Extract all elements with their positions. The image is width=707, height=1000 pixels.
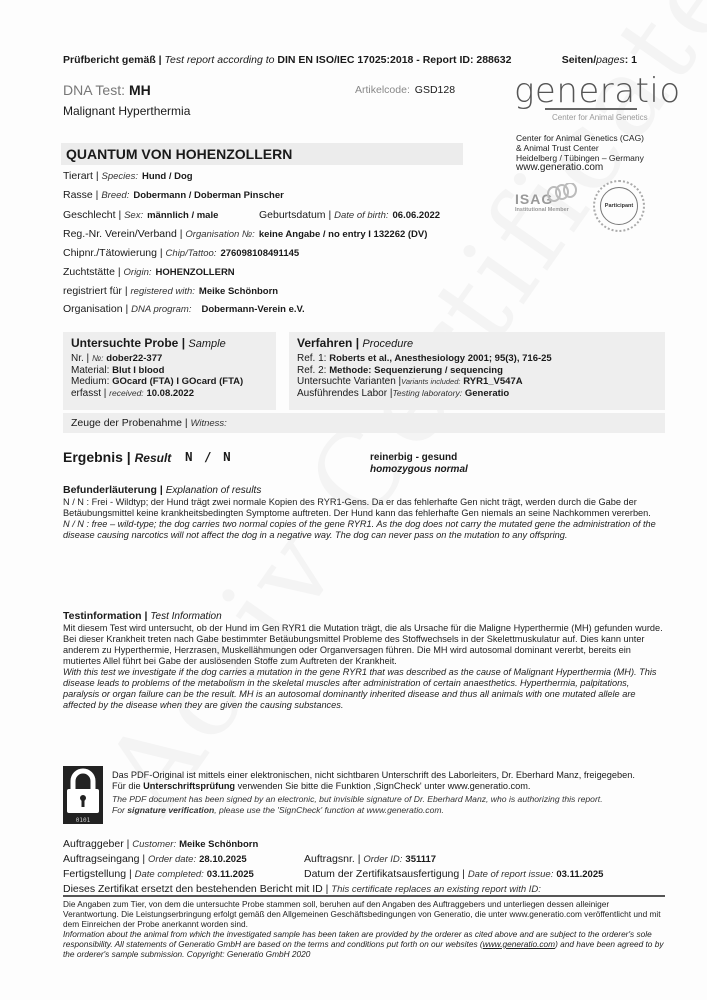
field-value: 06.06.2022	[393, 210, 441, 221]
testinfo-title-en: Test Information	[150, 611, 221, 622]
signature-de-1: Das PDF-Original ist mittels einer elekt…	[112, 770, 657, 781]
row-value: Generatio	[465, 388, 509, 399]
sig-bold: Unterschriftsprüfung	[143, 781, 235, 791]
article-code: Artikelcode: GSD128	[355, 84, 455, 96]
animal-name: QUANTUM VON HOHENZOLLERN	[66, 146, 292, 162]
procedure-title-en: Procedure	[362, 338, 413, 350]
testinfo-text: Mit diesem Test wird untersucht, ob der …	[63, 623, 663, 711]
row-value: dober22-377	[106, 353, 162, 364]
sample-title-de: Untersuchte Probe |	[71, 336, 185, 350]
row-label: Ref. 1:	[297, 353, 326, 364]
report-id: 288632	[476, 54, 511, 66]
row-label: Material:	[71, 365, 109, 376]
explanation-text: N / N : Frei - Wildtyp; der Hund trägt z…	[63, 497, 663, 541]
disclaimer-en: Information about the animal from which …	[63, 929, 665, 959]
field-label: Zuchtstätte |	[63, 266, 121, 278]
pages-value: : 1	[625, 54, 637, 66]
customer: Auftraggeber | Customer:Meike Schönborn	[63, 838, 258, 850]
field-label: Datum der Zertifikatsausfertigung |	[304, 868, 465, 880]
explanation-title-de: Befunderläuterung |	[63, 484, 163, 496]
explanation-title-en: Explanation of results	[166, 485, 262, 496]
sig-text: For	[112, 805, 125, 815]
explanation-de: N / N : Frei - Wildtyp; der Hund trägt z…	[63, 497, 663, 519]
field-label-en: Order ID:	[363, 854, 402, 865]
field-label: Auftragsnr. |	[304, 853, 360, 865]
field-label-en: Order date:	[148, 854, 196, 865]
field-label-en: Customer:	[132, 839, 176, 850]
procedure-box: Verfahren | Procedure Ref. 1: Roberts et…	[289, 332, 665, 410]
field-label: Reg.-Nr. Verein/Verband |	[63, 228, 182, 240]
row-label-en: Variants included:	[401, 377, 460, 386]
witness-bar: Zeuge der Probenahme | Witness:	[63, 413, 665, 433]
order-date: Auftragseingang | Order date:28.10.2025	[63, 853, 247, 865]
explanation-title: Befunderläuterung | Explanation of resul…	[63, 484, 261, 496]
row-label-en: Testing laboratory:	[392, 388, 462, 398]
field-value: männlich / male	[147, 210, 218, 221]
field-label-en: Breed:	[101, 190, 129, 201]
footer-divider	[63, 895, 665, 897]
row-label: erfasst |	[71, 388, 106, 399]
field-value: HOHENZOLLERN	[156, 267, 235, 278]
row-label: Untersuchte Varianten |	[297, 376, 401, 387]
testinfo-de: Mit diesem Test wird untersucht, ob der …	[63, 623, 663, 667]
field-label-en: Sex:	[124, 210, 143, 221]
field-label-en: Date of report issue:	[468, 869, 554, 880]
date-completed: Fertigstellung | Date completed:03.11.20…	[63, 868, 254, 880]
logo-subtitle: Center for Animal Genetics	[552, 113, 648, 122]
address-line: Center for Animal Genetics (CAG)	[516, 133, 644, 143]
field-breed: Rasse | Breed:Dobermann / Doberman Pinsc…	[63, 189, 284, 201]
field-label-en: DNA program:	[131, 304, 191, 315]
interpretation-de: reinerbig - gesund	[370, 452, 468, 464]
field-chip: Chipnr./Tätowierung | Chip/Tattoo:276098…	[63, 247, 299, 259]
isag-sublabel: Institutional Member	[515, 207, 575, 213]
row-value: RYR1_V547A	[463, 376, 522, 387]
sig-bold: signature verification	[127, 805, 214, 815]
website-link[interactable]: www.generatio.com	[483, 939, 555, 949]
header-prefix-en: Test report according to	[165, 54, 275, 66]
field-value: Dobermann / Doberman Pinscher	[133, 190, 283, 201]
field-registered: registriert für | registered with:Meike …	[63, 285, 278, 297]
field-label: Chipnr./Tätowierung |	[63, 247, 163, 259]
field-value: keine Angabe / no entry I 132262 (DV)	[259, 229, 428, 240]
field-value: 03.11.2025	[556, 869, 603, 880]
padlock-icon: 0101	[63, 766, 103, 824]
sample-title: Untersuchte Probe | Sample	[71, 336, 268, 350]
row-value: GOcard (FTA) I GOcard (FTA)	[112, 376, 243, 387]
dna-test-label: DNA Test:	[63, 82, 125, 98]
result-label-en: Result	[135, 451, 172, 465]
field-label: registriert für |	[63, 285, 128, 297]
participant-seal: Participant	[593, 180, 645, 232]
row-label: Nr. |	[71, 353, 89, 364]
sample-title-en: Sample	[188, 338, 225, 350]
field-label: Organisation |	[63, 303, 128, 315]
field-sex: Geschlecht | Sex:männlich / male	[63, 209, 218, 221]
field-label-en: Date of birth:	[334, 210, 388, 221]
sample-row: Material: Blut I blood	[71, 365, 268, 377]
header-standard: DIN EN ISO/IEC 17025:2018 - Report ID:	[277, 54, 473, 66]
sample-row: Medium: GOcard (FTA) I GOcard (FTA)	[71, 376, 268, 388]
field-label: Dieses Zertifikat ersetzt den bestehende…	[63, 883, 328, 895]
result-label: Ergebnis | Result	[63, 449, 171, 465]
lock-icon: 0101	[63, 766, 103, 824]
witness-label: Zeuge der Probenahme |	[71, 417, 188, 429]
field-value: Dobermann-Verein e.V.	[201, 304, 304, 315]
field-label: Fertigstellung |	[63, 868, 132, 880]
field-value: 28.10.2025	[199, 854, 247, 865]
lab-website: www.generatio.com	[516, 163, 644, 173]
replaces-report: Dieses Zertifikat ersetzt den bestehende…	[63, 883, 544, 895]
procedure-row: Ausführendes Labor |Testing laboratory: …	[297, 388, 657, 400]
row-value: Methode: Sequenzierung / sequencing	[329, 365, 503, 376]
disclaimer: Die Angaben zum Tier, von dem die unters…	[63, 899, 665, 959]
sig-text: Für die	[112, 781, 141, 791]
address-line: & Animal Trust Center	[516, 143, 644, 153]
field-label: Geschlecht |	[63, 209, 121, 221]
field-label-en: Origin:	[124, 267, 152, 278]
field-label: Geburtsdatum |	[259, 209, 331, 221]
signature-en-2: For signature verification, please use t…	[112, 805, 657, 816]
field-origin: Zuchtstätte | Origin:HOHENZOLLERN	[63, 266, 235, 278]
isag-badge: ISAG Institutional Member	[515, 185, 575, 217]
field-value: Meike Schönborn	[179, 839, 258, 850]
row-label: Medium:	[71, 376, 109, 387]
report-issue-date: Datum der Zertifikatsausfertigung | Date…	[304, 868, 603, 880]
test-name: Malignant Hyperthermia	[63, 104, 190, 118]
sample-box: Untersuchte Probe | Sample Nr. | №: dobe…	[63, 332, 276, 410]
field-label: Rasse |	[63, 189, 98, 201]
header-prefix: Prüfbericht gemäß |	[63, 54, 162, 66]
result-interpretation: reinerbig - gesund homozygous normal	[370, 452, 468, 476]
interpretation-en: homozygous normal	[370, 464, 468, 476]
field-dna-program: Organisation | DNA program:Dobermann-Ver…	[63, 303, 305, 315]
row-label: Ausführendes Labor |	[297, 388, 392, 399]
logo-underline	[545, 108, 637, 110]
row-label-en: №:	[92, 353, 104, 363]
report-header: Prüfbericht gemäß | Test report accordin…	[63, 54, 511, 66]
witness: Zeuge der Probenahme | Witness:	[63, 413, 665, 433]
field-label: Auftragseingang |	[63, 853, 145, 865]
genotype: N / N	[185, 449, 233, 464]
explanation-en: N / N : free – wild-type; the dog carrie…	[63, 519, 663, 541]
procedure-row: Ref. 2: Methode: Sequenzierung / sequenc…	[297, 365, 657, 377]
order-id: Auftragsnr. | Order ID:351117	[304, 853, 436, 865]
sig-text: verwenden Sie bitte die Funktion ‚SignCh…	[238, 781, 531, 791]
row-value: Blut I blood	[112, 365, 164, 376]
result-label-de: Ergebnis |	[63, 449, 131, 465]
field-value: 351117	[405, 854, 436, 865]
field-label: Auftraggeber |	[63, 838, 129, 850]
field-dob: Geburtsdatum | Date of birth:06.06.2022	[259, 209, 440, 221]
procedure-title: Verfahren | Procedure	[297, 336, 657, 350]
field-label-en: Date completed:	[135, 869, 204, 880]
field-label-en: registered with:	[131, 286, 195, 297]
row-value: Roberts et al., Anesthesiology 2001; 95(…	[329, 353, 551, 364]
procedure-title-de: Verfahren |	[297, 336, 359, 350]
procedure-row: Ref. 1: Roberts et al., Anesthesiology 2…	[297, 353, 657, 365]
field-label-en: This certificate replaces an existing re…	[331, 884, 541, 895]
field-species: Tierart | Species:Hund / Dog	[63, 170, 193, 182]
generatio-logo: generatio	[514, 74, 681, 108]
field-organisation-no: Reg.-Nr. Verein/Verband | Organisation №…	[63, 228, 427, 240]
pages-label: Seiten/	[562, 54, 596, 66]
field-value: Hund / Dog	[142, 171, 193, 182]
disclaimer-de: Die Angaben zum Tier, von dem die unters…	[63, 899, 665, 929]
isag-ovals-icon	[545, 183, 577, 203]
seal-label: Participant	[600, 187, 638, 225]
procedure-row: Untersuchte Varianten |Variants included…	[297, 376, 657, 388]
testinfo-en: With this test we investigate if the dog…	[63, 667, 663, 711]
lab-address: Center for Animal Genetics (CAG) & Anima…	[516, 133, 644, 173]
field-value: 03.11.2025	[207, 869, 254, 880]
page-count: Seiten/pages: 1	[562, 54, 637, 66]
row-label: Ref. 2:	[297, 365, 326, 376]
testinfo-title-de: Testinformation |	[63, 610, 147, 622]
field-label-en: Chip/Tattoo:	[166, 248, 217, 259]
dna-test-code: MH	[129, 82, 151, 98]
svg-text:0101: 0101	[76, 817, 91, 824]
testinfo-title: Testinformation | Test Information	[63, 610, 222, 622]
dna-test: DNA Test:MH	[63, 82, 151, 98]
witness-label-en: Witness:	[190, 418, 226, 429]
field-value: 276098108491145	[220, 248, 299, 259]
article-label: Artikelcode:	[355, 84, 410, 96]
field-label-en: Species:	[102, 171, 138, 182]
signature-de-2: Für die Unterschriftsprüfung verwenden S…	[112, 781, 657, 792]
sig-text: , please use the 'SignCheck' function at…	[214, 805, 444, 815]
field-value: Meike Schönborn	[199, 286, 278, 297]
row-label-en: received:	[109, 388, 144, 398]
row-value: 10.08.2022	[146, 388, 194, 399]
sample-row: Nr. | №: dober22-377	[71, 353, 268, 365]
sample-row: erfasst | received: 10.08.2022	[71, 388, 268, 400]
article-value: GSD128	[415, 84, 455, 96]
pages-label-en: pages	[596, 54, 625, 66]
field-label: Tierart |	[63, 170, 99, 182]
field-label-en: Organisation №:	[185, 229, 254, 240]
signature-notice: Das PDF-Original ist mittels einer elekt…	[112, 770, 657, 816]
signature-en-1: The PDF document has been signed by an e…	[112, 794, 657, 805]
